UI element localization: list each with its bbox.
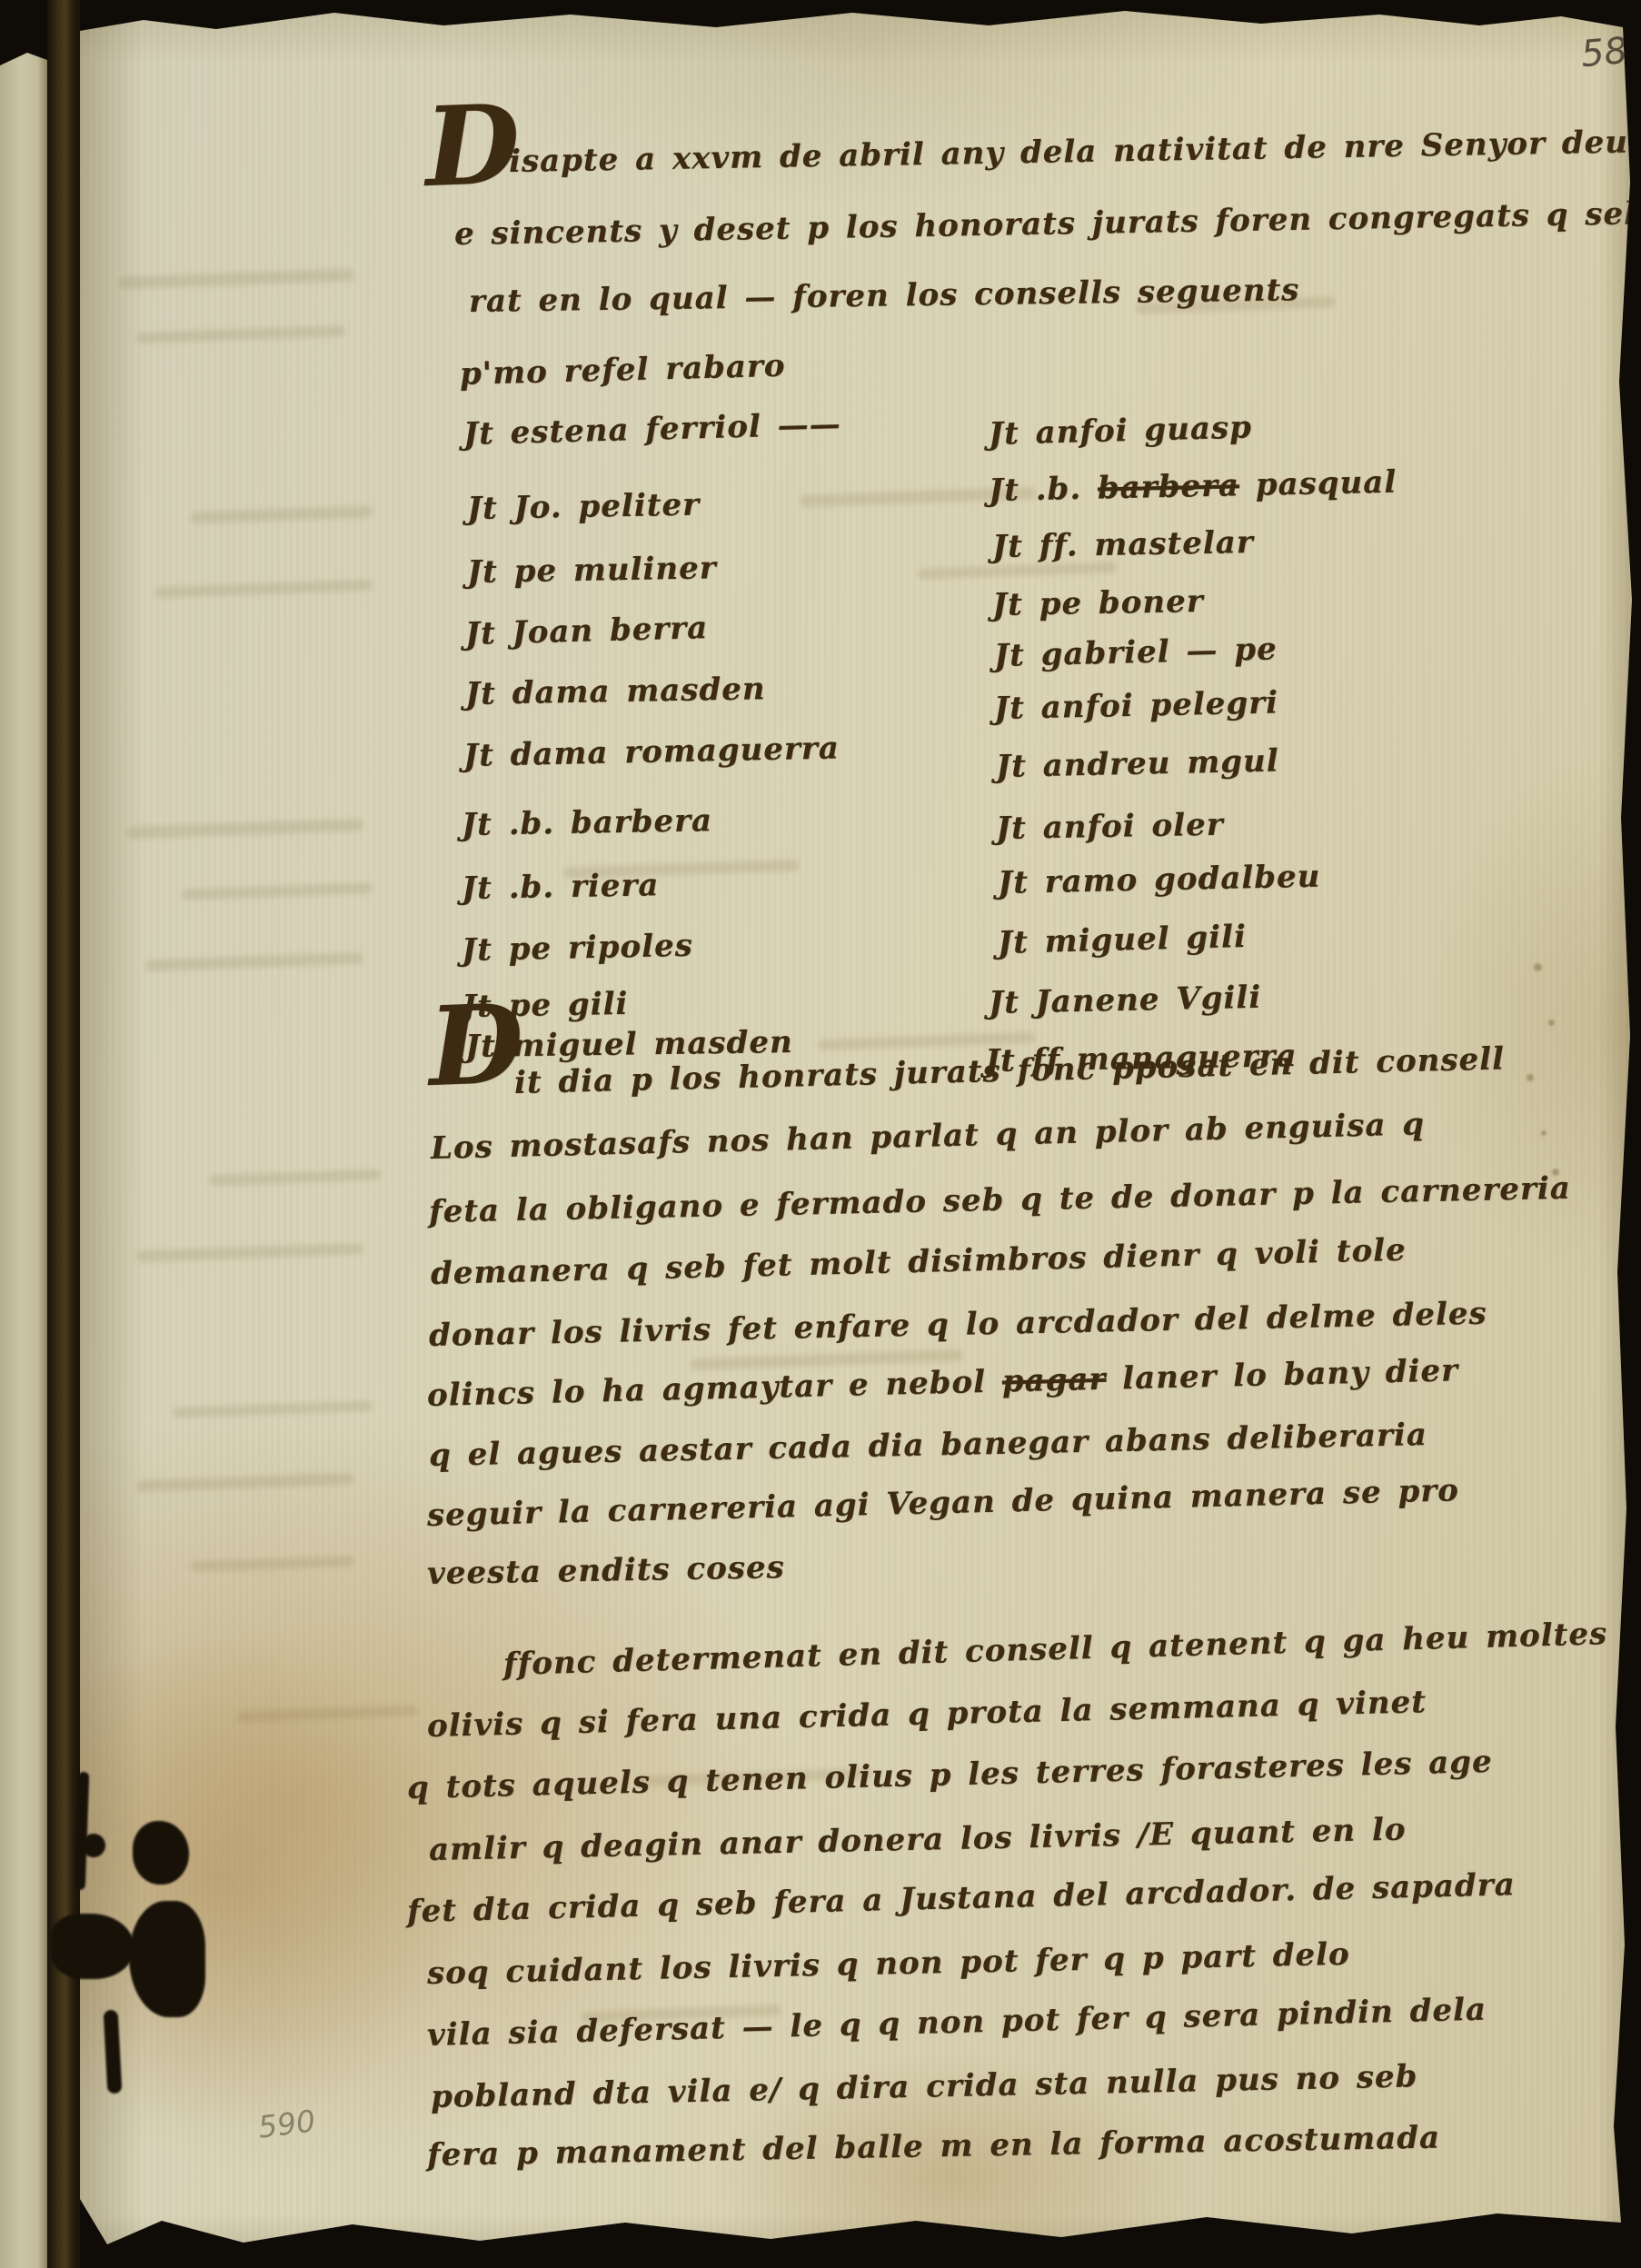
heading-line: isapte a xxvm de abril any dela nativita…	[509, 123, 1641, 180]
attendee-entry: Jt pe muliner	[467, 550, 717, 591]
attendee-entry: Jt anfoi guasp	[988, 409, 1252, 453]
paragraph3-line: fet dta crida q seb fera a Justana del a…	[407, 1866, 1517, 1930]
attendee-name: pasqual	[1239, 464, 1397, 504]
paragraph2-line: Los mostasafs nos han parlat q an plor a…	[431, 1106, 1426, 1167]
ink-blob	[51, 1914, 134, 1979]
attendee-entry: p'mo refel rabaro	[459, 348, 786, 393]
paragraph2-initial: D	[427, 1003, 525, 1089]
bleedthrough-smudge	[136, 325, 345, 343]
attendee-name: Jt gabriel — pe	[994, 631, 1278, 674]
foxing-speck	[1534, 963, 1542, 971]
attendee-entry: Jt .b. barbera	[462, 802, 713, 843]
ink-blob	[82, 1834, 105, 1857]
manuscript-page: 589 590 D isapte a xxvm de abril any del…	[80, 0, 1641, 2268]
bleedthrough-smudge	[118, 268, 354, 289]
attendee-name-struck: barbera	[1097, 467, 1239, 506]
ink-blob	[133, 1821, 189, 1885]
paragraph2-line: donar los livris fet enfare q lo arcdado…	[429, 1296, 1487, 1354]
attendee-name: Jt anfoi pelegri	[994, 684, 1279, 727]
paragraph3-line: pobland dta vila e/ q dira crida sta nul…	[431, 2058, 1418, 2115]
attendee-name: Jt Janene Vgili	[989, 980, 1262, 1021]
attendee-entry: Jt Joan berra	[464, 610, 708, 652]
foxing-speck	[1527, 1074, 1534, 1081]
paragraph2-line: q el agues aestar cada dia banegar abans…	[429, 1417, 1428, 1474]
facing-page-edge	[0, 0, 47, 2268]
attendee-name: Jt ramo godalbeu	[998, 859, 1321, 901]
paragraph2-line: feta la obligano e fermado seb q te de d…	[429, 1170, 1572, 1230]
manuscript-photo: 589 590 D isapte a xxvm de abril any del…	[0, 0, 1641, 2268]
bleedthrough-smudge	[191, 506, 373, 524]
attendee-name: Jt .b.	[989, 470, 1099, 509]
attendee-entry: Jt gabriel — pe	[994, 631, 1278, 674]
attendee-entry: Jt pe boner	[992, 583, 1204, 623]
paragraph2-text: olincs lo ha agmaytar e nebol	[427, 1364, 1003, 1414]
bleedthrough-smudge	[236, 1706, 418, 1723]
paragraph2-text: laner lo bany dier	[1106, 1352, 1459, 1397]
bleedthrough-smudge	[127, 818, 363, 839]
bleedthrough-smudge	[136, 1243, 363, 1263]
paragraph2-line: veesta endits coses	[427, 1549, 785, 1592]
heading-initial: D	[423, 104, 522, 189]
paragraph2-line: demanera q seb fet molt disimbros dienr …	[431, 1232, 1407, 1292]
bleedthrough-smudge	[136, 1473, 354, 1492]
bleedthrough-smudge	[145, 952, 363, 971]
attendee-entry: Jt .b. barbera pasqual	[989, 464, 1397, 509]
paragraph3-line: vila sia defersat — le q q non pot fer q…	[427, 1992, 1487, 2054]
attendee-entry: Jt anfoi oler	[996, 807, 1224, 847]
attendee-name: Jt ff. mastelar	[992, 524, 1254, 565]
folio-number-top: 589	[1579, 28, 1641, 75]
bleedthrough-smudge	[173, 1400, 373, 1418]
attendee-entry: Jt ramo godalbeu	[998, 859, 1321, 901]
paragraph3-line: fera p manament del balle m en la forma …	[427, 2120, 1441, 2173]
attendee-entry: Jt Jo. peliter	[467, 487, 701, 527]
paragraph3-line: q tots aquels q tenen olius p les terres…	[407, 1744, 1494, 1806]
paragraph3-line: amlir q deagin anar donera los livris /E…	[429, 1811, 1407, 1868]
attendee-entry: Jt pe ripoles	[462, 928, 694, 969]
paragraph3-line: soq cuidant los livris q non pot fer q p…	[427, 1936, 1350, 1992]
attendee-entry: Jt ff. mastelar	[992, 524, 1254, 565]
attendee-entry: Jt anfoi pelegri	[994, 684, 1279, 727]
attendee-entry: Jt Janene Vgili	[989, 980, 1262, 1021]
attendee-entry: Jt .b. riera	[462, 867, 660, 907]
foxing-speck	[1548, 1020, 1555, 1026]
heading-line: e sincents y deset p los honorats jurats…	[454, 194, 1641, 253]
bleedthrough-smudge	[209, 1169, 382, 1187]
folio-number-bottom: 590	[256, 2103, 317, 2144]
attendee-name: Jt pe boner	[992, 583, 1204, 623]
attendee-name: Jt anfoi guasp	[988, 409, 1252, 453]
attendee-entry: Jt andreu mgul	[996, 742, 1279, 785]
attendee-name: Jt miguel gili	[997, 919, 1247, 961]
paragraph2-line: seguir la carnereria agi Vegan de quina …	[427, 1472, 1460, 1534]
bleedthrough-smudge	[191, 1556, 354, 1572]
foxing-speck	[1541, 1130, 1547, 1136]
attendee-name: Jt andreu mgul	[996, 742, 1279, 785]
bleedthrough-smudge	[182, 882, 373, 900]
paragraph3-line: ffonc determenat en dit consell q atenen…	[502, 1616, 1607, 1683]
paragraph2-text-struck: pagar	[1001, 1361, 1106, 1400]
paragraph3-line: olivis q si fera una crida q prota la se…	[427, 1684, 1427, 1745]
attendee-entry: Jt miguel gili	[997, 919, 1247, 961]
ink-blob	[129, 1901, 205, 2017]
attendee-entry: Jt estena ferriol ——	[462, 406, 841, 453]
attendee-entry: Jt dama romaguerra	[463, 730, 840, 774]
attendee-name: Jt anfoi oler	[996, 807, 1224, 847]
bleedthrough-smudge	[154, 580, 373, 598]
attendee-entry: Jt dama masden	[465, 671, 766, 712]
